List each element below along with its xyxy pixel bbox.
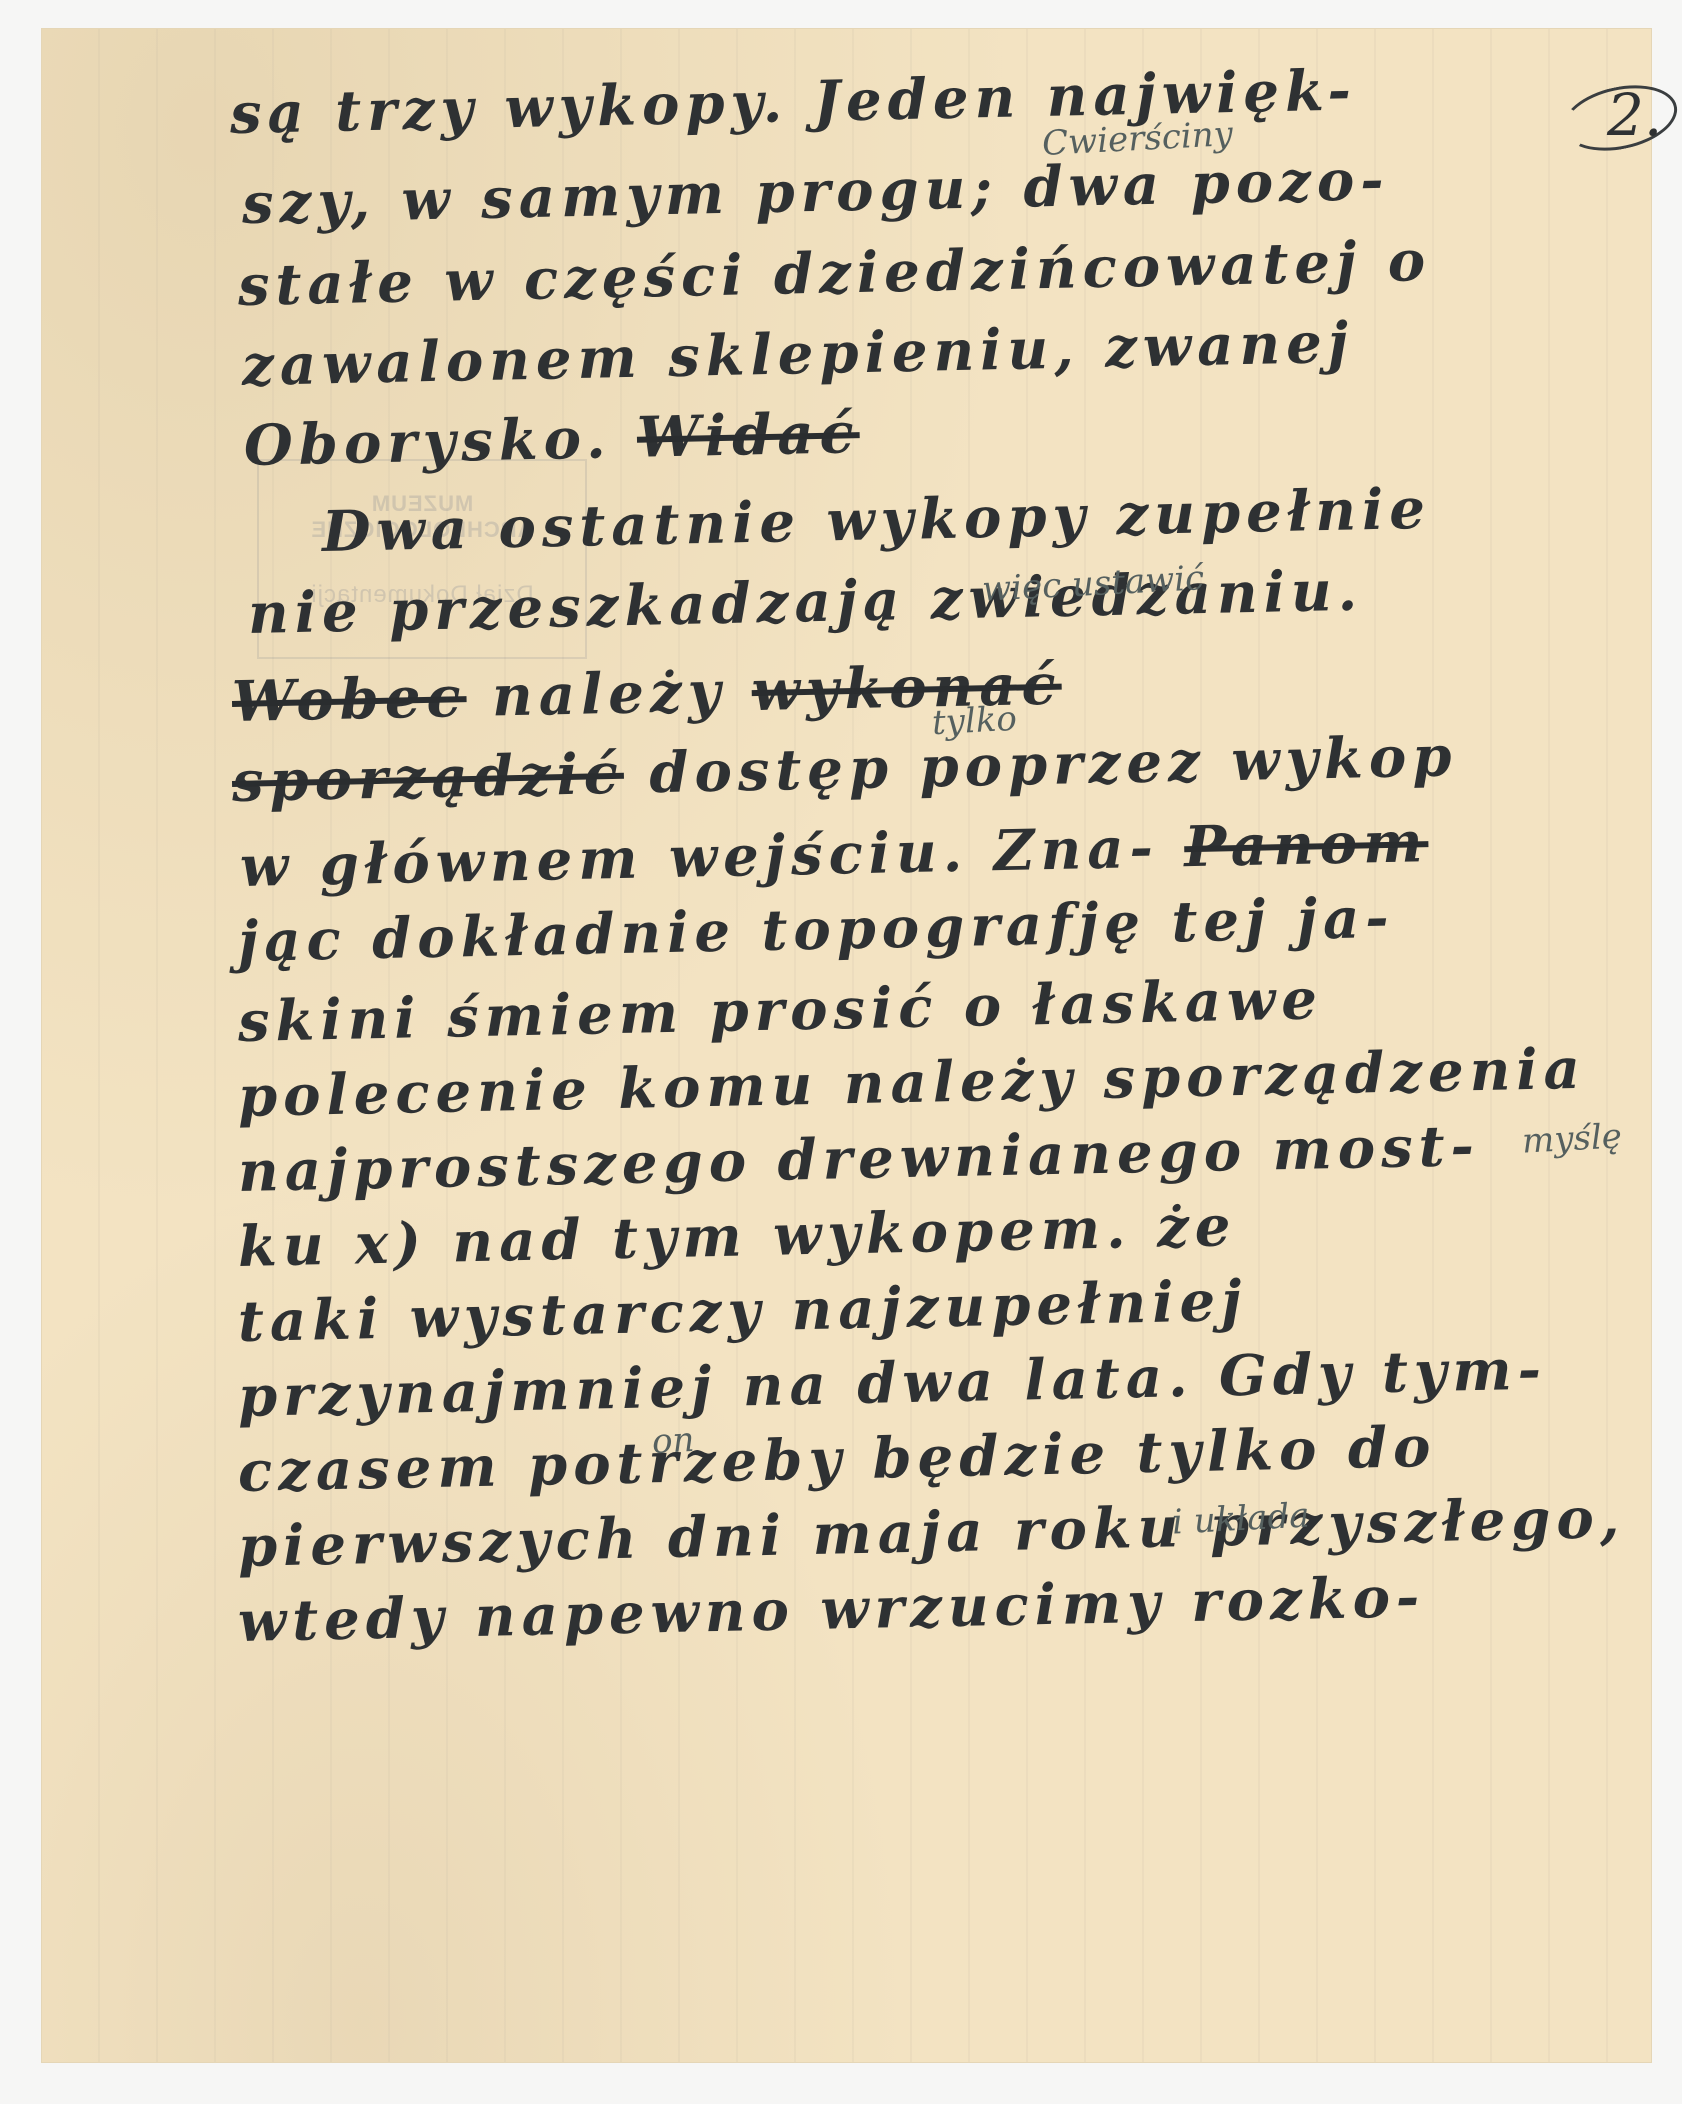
page-overlay: [0, 0, 1682, 2104]
